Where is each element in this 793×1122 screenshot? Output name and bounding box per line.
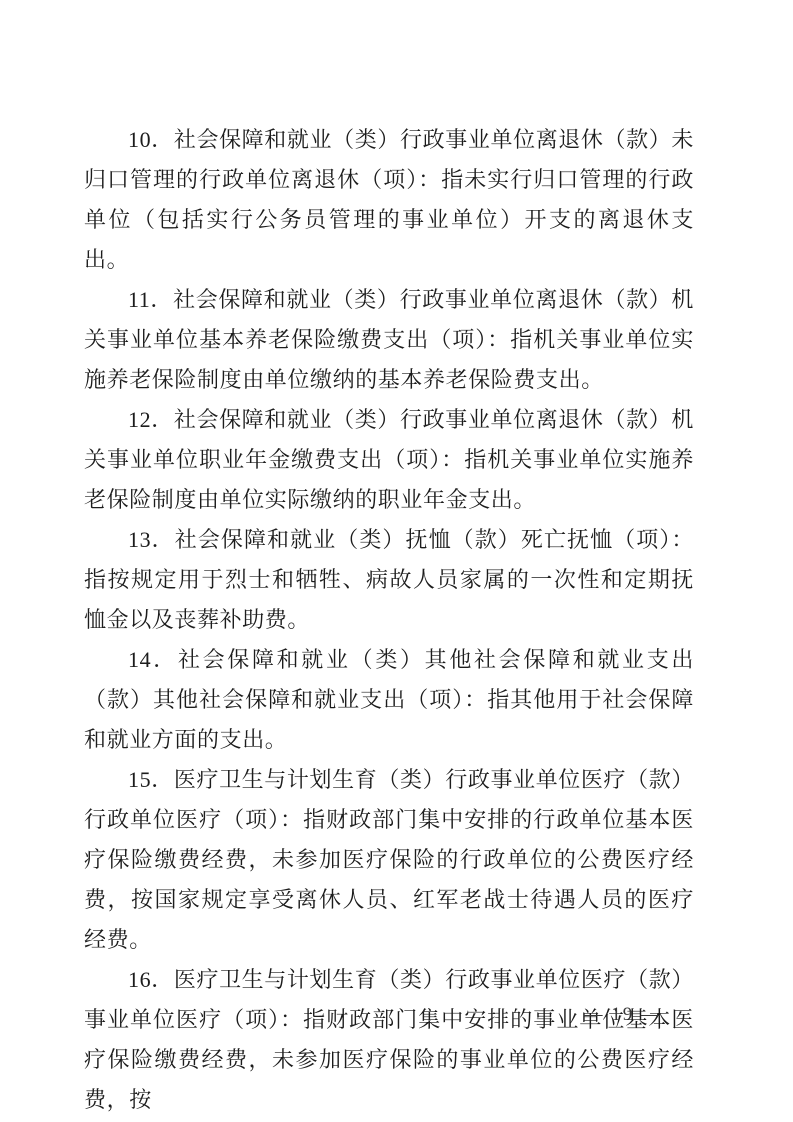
paragraph-item-10: 10．社会保障和就业（类）行政事业单位离退休（款）未归口管理的行政单位离退休（项…	[84, 120, 694, 280]
paragraph-item-15: 15．医疗卫生与计划生育（类）行政事业单位医疗（款）行政单位医疗（项）：指财政部…	[84, 760, 694, 960]
paragraph-item-11: 11．社会保障和就业（类）行政事业单位离退休（款）机关事业单位基本养老保险缴费支…	[84, 280, 694, 400]
document-body: 10．社会保障和就业（类）行政事业单位离退休（款）未归口管理的行政单位离退休（项…	[84, 120, 694, 1120]
paragraph-item-13: 13．社会保障和就业（类）抚恤（款）死亡抚恤（项）：指按规定用于烈士和牺牲、病故…	[84, 520, 694, 640]
paragraph-item-14: 14．社会保障和就业（类）其他社会保障和就业支出（款）其他社会保障和就业支出（项…	[84, 640, 694, 760]
page-number: — 19 —	[584, 1002, 663, 1028]
paragraph-item-12: 12．社会保障和就业（类）行政事业单位离退休（款）机关事业单位职业年金缴费支出（…	[84, 400, 694, 520]
page-number-label: — 19 —	[584, 1004, 663, 1025]
document-page: 10．社会保障和就业（类）行政事业单位离退休（款）未归口管理的行政单位离退休（项…	[0, 0, 793, 1122]
paragraph-item-16: 16．医疗卫生与计划生育（类）行政事业单位医疗（款）事业单位医疗（项）：指财政部…	[84, 960, 694, 1120]
